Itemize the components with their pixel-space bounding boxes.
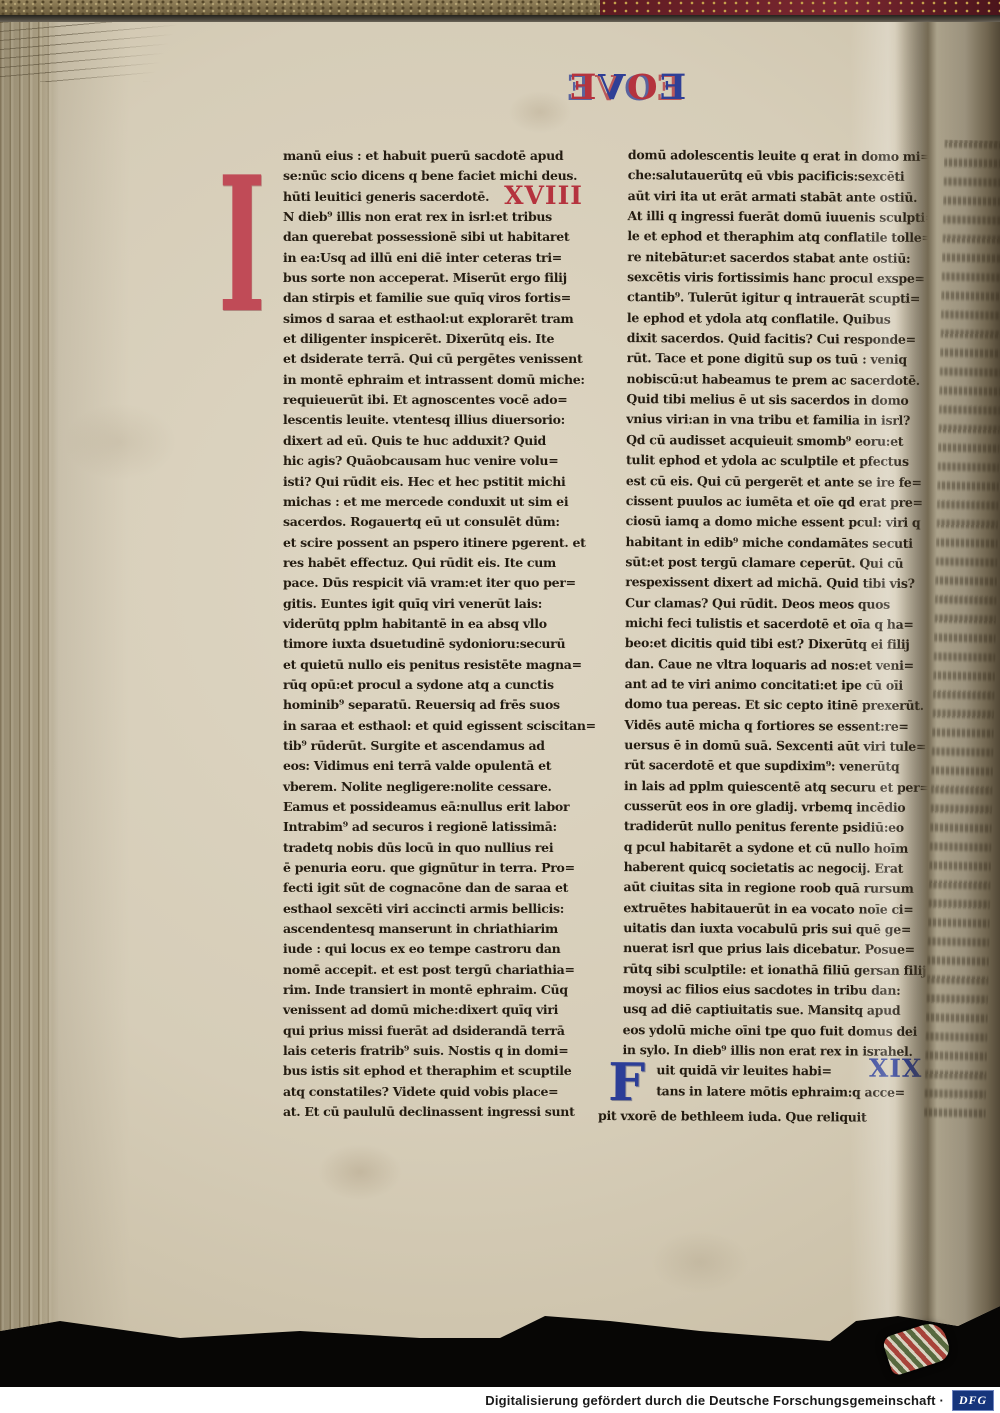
text-line: rūt. Tace et pone digitū sup os tuū : ve… xyxy=(627,349,927,371)
text-line: habitant in edib⁹ miche condamātes secut… xyxy=(626,532,926,554)
page-corner-fan xyxy=(0,22,210,82)
chapter-heading-row: uit quidā vir leuites habi= XIX xyxy=(656,1061,922,1083)
text-line: bus sorte non acceperat. Miserūt ergo fi… xyxy=(283,268,583,288)
text-line: pit vxorē de bethleem iuda. Que reliquit xyxy=(598,1106,922,1128)
digitized-manuscript-page: EOVE I manū eius : et habuit puerū sacdo… xyxy=(0,0,1000,1413)
text-line: le et ephod et theraphim atq conflatile … xyxy=(627,226,927,248)
rubricated-initial-f: F xyxy=(608,1060,656,1106)
running-title-mirrored: EOVE xyxy=(552,68,702,108)
text-line: ē penuria eoru. que gignūtur in terra. P… xyxy=(283,858,583,878)
text-line: uitatis dan iuxta vocabulū pris sui quē … xyxy=(623,918,923,940)
text-line: uersus ē in domū suā. Sexcenti aūt viri … xyxy=(624,735,924,757)
credit-text: Digitalisierung gefördert durch die Deut… xyxy=(485,1393,944,1408)
text-line: respexissent dixert ad michā. Quid tibi … xyxy=(625,572,925,594)
chapter-xix-lines: uit quidā vir leuites habi= XIX tans in … xyxy=(656,1061,922,1109)
text-line: sūt:et post tergū clamare ceperūt. Qui c… xyxy=(625,552,925,574)
text-line: aūt ciuitas sita in regione roob quā rur… xyxy=(623,877,923,899)
text-line: tradiderūt nullo penitus ferente psidiū:… xyxy=(624,816,924,838)
text-line: Vidēs autē micha q fortiores se essent:r… xyxy=(624,715,924,737)
text-line: Cur clamas? Qui rūdit. Deos meos quos xyxy=(625,593,925,615)
text-line: sexcētis viris fortissimis hanc procul e… xyxy=(627,267,927,289)
text-line: ant ad te viri animo concitati:et ipe cū… xyxy=(625,674,925,696)
text-line: bus istis sit ephod et theraphim et scup… xyxy=(283,1061,583,1081)
text-line: usq ad diē captiuitatis sue. Mansitq apu… xyxy=(623,1000,923,1022)
text-line: michi feci tulistis et sacerdotē et oīa … xyxy=(625,613,925,635)
text-line: manū eius : et habuit puerū sacdotē apud xyxy=(283,146,583,166)
text-line: et dsiderate terrā. Qui cū pergētes veni… xyxy=(283,349,583,369)
chapter-heading-row: hūti leuitici generis sacerdotē. XVIII xyxy=(283,187,583,207)
text-line: nobiscū:ut habeamus te prem ac sacerdotē… xyxy=(627,369,927,391)
running-title-letter: V xyxy=(596,67,625,108)
text-line: lescentis leuite. vtentesq illius diuers… xyxy=(283,410,583,430)
text-line: moysi ac filios eius sacdotes in tribu d… xyxy=(623,979,923,1001)
text-line: haberent quicq societatis ac negocij. Er… xyxy=(624,857,924,879)
text-line: atq constatiles? Videte quid vobis place… xyxy=(283,1082,583,1102)
text-line: pace. Dūs respicit viā vram:et iter quo … xyxy=(283,573,583,593)
running-title-letter: E xyxy=(658,67,687,108)
text-line: lais ceteris fratrib⁹ suis. Nostis q in … xyxy=(283,1041,583,1061)
text-line: aūt viri ita ut erāt armati stabāt ante … xyxy=(628,186,928,208)
text-line: et quietū nullo eis penitus resistēte ma… xyxy=(283,655,583,675)
digitization-credit-bar: Digitalisierung gefördert durch die Deut… xyxy=(0,1387,1000,1413)
chapter-xix-start: F uit quidā vir leuites habi= XIX tans i… xyxy=(622,1061,922,1109)
text-line: simos d saraa et esthaol:ut explorarēt t… xyxy=(283,309,583,329)
text-line: hūti leuitici generis sacerdotē. xyxy=(283,187,489,207)
running-title-letter: O xyxy=(626,67,658,108)
text-line: dixert ad eū. Quis te huc adduxit? Quid xyxy=(283,431,583,451)
text-line: michas : et me mercede conduxit ut sim e… xyxy=(283,492,583,512)
text-line: eos ydolū miche oīni tpe quo fuit domus … xyxy=(623,1020,923,1042)
text-line: requieuerūt ibi. Et agnoscentes vocē ado… xyxy=(283,390,583,410)
text-line: est cū eis. Qui cū pergerēt et ante se i… xyxy=(626,471,926,493)
text-line: at. Et cū paululū declinassent ingressi … xyxy=(283,1102,583,1122)
text-line: hic agis? Quāobcausam huc venire volu= xyxy=(283,451,583,471)
text-line: domo tua pereas. Et sic cepto itinē prex… xyxy=(625,694,925,716)
binding-endband xyxy=(881,1319,952,1376)
text-line: rūtq sibi sculptile: et ionathā filiū ge… xyxy=(623,959,923,981)
text-line: ctantib⁹. Tulerūt igitur q intrauerāt sc… xyxy=(627,287,927,309)
binding-red-edge xyxy=(600,0,1000,15)
text-line: et diligenter inspicerēt. Dixerūtq eis. … xyxy=(283,329,583,349)
text-line: dan querebat possessionē sibi ut habitar… xyxy=(283,227,583,247)
right-body-lines: domū adolescentis leuite q erat in domo … xyxy=(622,145,928,1062)
text-line: rūt sacerdotē et que supdixim⁹: venerūtq xyxy=(624,755,924,777)
text-line: venissent ad domū miche:dixert quīq viri xyxy=(283,1000,583,1020)
dfg-logo: DFG xyxy=(952,1390,994,1411)
text-line: cusserūt eos in ore gladij. vrbemq incēd… xyxy=(624,796,924,818)
text-line: esthaol sexcēti viri accincti armis bell… xyxy=(283,899,583,919)
text-line: vberem. Nolite negligere:nolite cessare. xyxy=(283,777,583,797)
text-line: in montē ephraim et intrassent domū mich… xyxy=(283,370,583,390)
text-line: extruētes habitauerūt in ea vocato noīe … xyxy=(623,898,923,920)
text-line: cissent puulos ac iumēta et oīe qd erat … xyxy=(626,491,926,513)
text-line: iude : qui locus ex eo tempe castroru da… xyxy=(283,939,583,959)
text-line: qui prius missi fuerāt ad dsiderandā ter… xyxy=(283,1021,583,1041)
text-line: res habēt effectuz. Qui rūdit eis. Ite c… xyxy=(283,553,583,573)
text-line: nuerat isrl que prius lais dicebatur. Po… xyxy=(623,938,923,960)
text-line: le ephod et ydola atq conflatile. Quibus xyxy=(627,308,927,330)
text-line: Qd cū audisset acquieuit smomb⁹ eoru:et xyxy=(626,430,926,452)
text-line: in ea:Usq ad illū eni diē inter ceteras … xyxy=(283,248,583,268)
text-line: N dieb⁹ illis non erat rex in isrl:et tr… xyxy=(283,207,583,227)
text-line: beo:et dicitis quid tibi est? Dixerūtq e… xyxy=(625,633,925,655)
text-line: che:salutauerūtq eū vbis pacificis:sexcē… xyxy=(628,165,928,187)
text-line: isti? Qui rūdit eis. Hec et hec pstitit … xyxy=(283,472,583,492)
text-line: uit quidā vir leuites habi= xyxy=(656,1061,832,1082)
text-line: eos: Vidimus eni terrā valde opulentā et xyxy=(283,756,583,776)
text-line: Quid tibi melius ē ut sis sacerdos in do… xyxy=(626,389,926,411)
text-line: tib⁹ rūderūt. Surgite et ascendamus ad xyxy=(283,736,583,756)
text-line: vnius viri:an in vna tribu et familia in… xyxy=(626,410,926,432)
text-line: tulit ephod et ydola ac sculptile et pfe… xyxy=(626,450,926,472)
text-line: sacerdos. Rogauertq eū ut consulēt dūm: xyxy=(283,512,583,532)
text-line: et scire possent an pspero itinere pgere… xyxy=(283,533,583,553)
text-line: hominib⁹ separatū. Reuersiq ad frēs suos xyxy=(283,695,583,715)
text-line: gitis. Euntes igit quīq viri venerūt lai… xyxy=(283,594,583,614)
text-line: Intrabim⁹ ad securos i regionē latissimā… xyxy=(283,817,583,837)
running-title-letter: E xyxy=(568,67,597,108)
text-line: re nitebātur:et sacerdos stabat ante ost… xyxy=(627,247,927,269)
text-line: dan stirpis et familie sue quīq viros fo… xyxy=(283,288,583,308)
text-line: timore iuxta dsuetudinē sydonioru:securū xyxy=(283,634,583,654)
text-line: ciosū iamq a domo miche essent pcul: vir… xyxy=(626,511,926,533)
text-line: tans in latere mōtis ephraim:q acce= xyxy=(656,1081,922,1103)
chapter-heading-xviii: XVIII xyxy=(504,185,583,207)
text-line: nomē accepit. et est post tergū chariath… xyxy=(283,960,583,980)
parchment-page: EOVE I manū eius : et habuit puerū sacdo… xyxy=(0,22,1000,1389)
text-line: fecti igit sūt de cognacōne dan de saraa… xyxy=(283,878,583,898)
text-line: dan. Caue ne vltra loquaris ad nos:et ve… xyxy=(625,654,925,676)
text-line: domū adolescentis leuite q erat in domo … xyxy=(628,145,928,167)
text-line: ascendentesq manserunt in chriathiarim xyxy=(283,919,583,939)
text-line: in saraa et esthaol: et quid egissent sc… xyxy=(283,716,583,736)
text-line: At illi q ingressi fuerāt domū iuuenis s… xyxy=(628,206,928,228)
text-line: rūq opū:et procul a sydone atq a cunctis xyxy=(283,675,583,695)
right-text-column: domū adolescentis leuite q erat in domo … xyxy=(622,145,928,1129)
text-line: q pcul habitarēt a sydone et cū nullo ho… xyxy=(624,837,924,859)
text-line: tradetq nobis dūs locū in quo nullius re… xyxy=(283,838,583,858)
text-line: rim. Inde transiert in montē ephraim. Cū… xyxy=(283,980,583,1000)
rubricated-initial-i: I xyxy=(218,152,266,338)
left-body-lines: N dieb⁹ illis non erat rex in isrl:et tr… xyxy=(283,207,583,1122)
text-line: viderūtq pplm habitantē in ea absq vllo xyxy=(283,614,583,634)
left-text-column: manū eius : et habuit puerū sacdotē apud… xyxy=(283,146,583,1123)
text-line: Eamus et possideamus eā:nullus erit labo… xyxy=(283,797,583,817)
page-stack-left-edges xyxy=(0,22,58,1389)
text-line: in lais ad pplm quiescentē atq securu et… xyxy=(624,776,924,798)
text-line: dixit sacerdos. Quid facitis? Cui respon… xyxy=(627,328,927,350)
